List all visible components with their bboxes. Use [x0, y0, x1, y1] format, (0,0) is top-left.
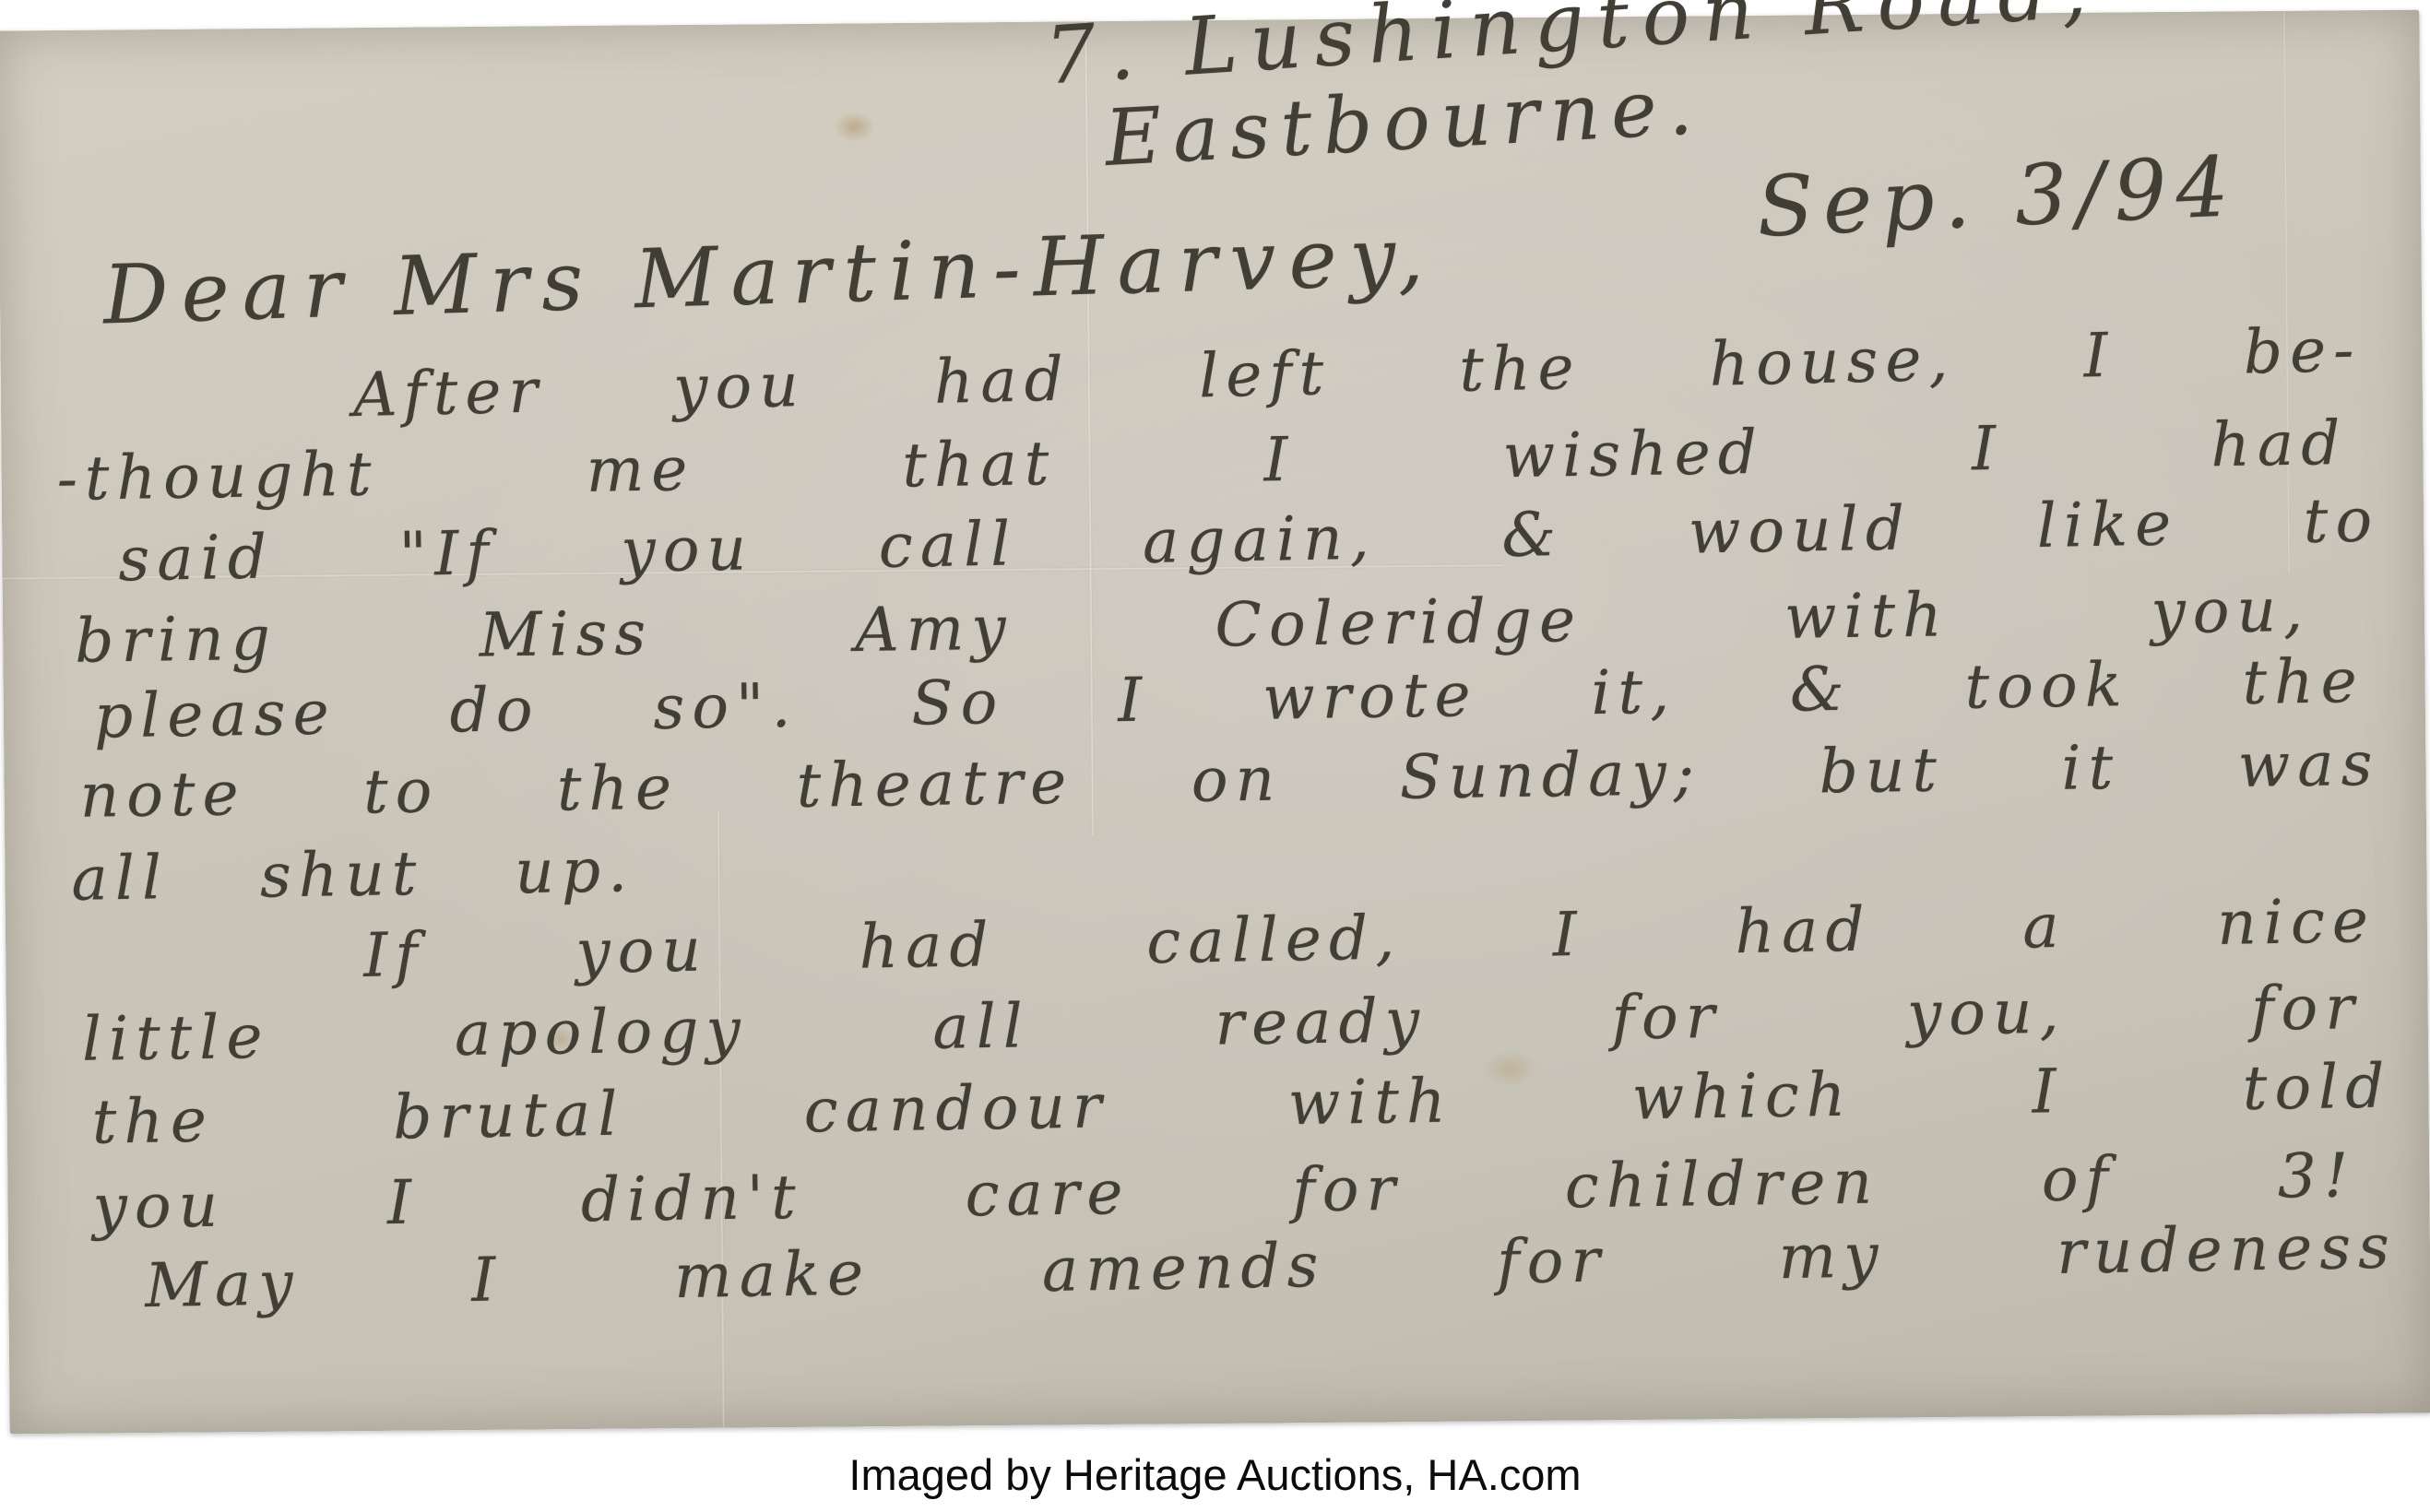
salutation: Dear Mrs Martin-Harvey,	[101, 208, 1437, 343]
auction-house-caption: Imaged by Heritage Auctions, HA.com	[0, 1449, 2430, 1500]
paper-stain	[833, 111, 875, 142]
letter-photograph: 7. Lushington Road, Eastbourne. Sep. 3/9…	[0, 0, 2430, 1512]
body-line: all shut up.	[71, 834, 635, 915]
letter-paper: 7. Lushington Road, Eastbourne. Sep. 3/9…	[0, 10, 2430, 1435]
date-line: Sep. 3/94	[1755, 138, 2240, 256]
